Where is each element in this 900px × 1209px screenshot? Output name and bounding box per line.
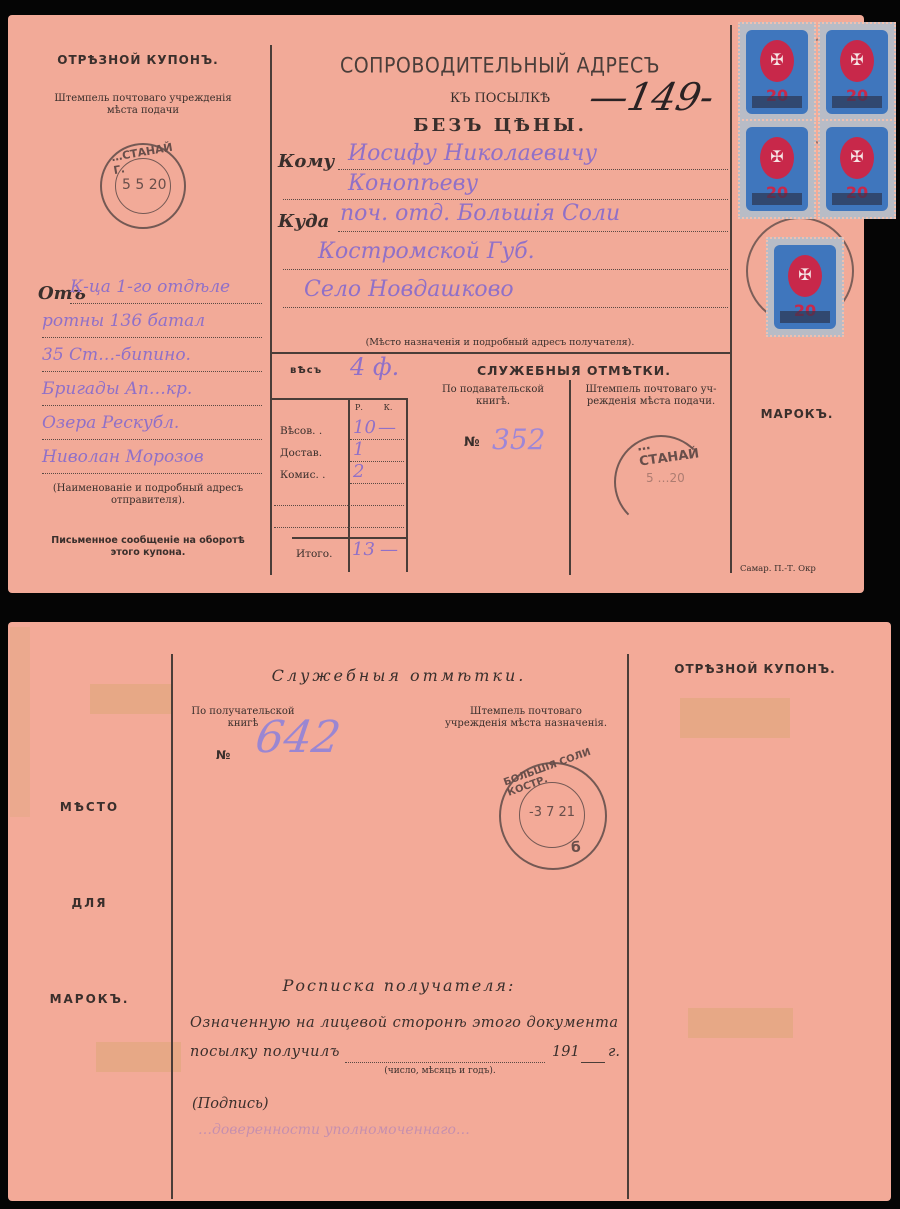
kopecks-header: К. <box>370 403 406 412</box>
where-label: Куда <box>278 211 329 232</box>
stamps-label: МАРОКЪ. <box>730 407 864 421</box>
book-number-label: № <box>464 435 480 450</box>
coupon-stamp-caption: Штемпель почтоваго учрежденія мѣста пода… <box>28 93 258 117</box>
recipient-name-line: Иосифу Николаевичу <box>348 141 597 166</box>
caption-line: Штемпель почтоваго <box>426 706 626 718</box>
cancellation-mark <box>832 96 882 108</box>
address-rule <box>42 405 262 406</box>
arrival-stamp-caption: Штемпель почтоваго учрежденія мѣста назн… <box>426 706 626 730</box>
address-rule <box>338 231 728 232</box>
recipient-name-line: Конопѣеву <box>348 171 478 196</box>
coupon-title: ОТРѢЗНОЙ КУПОНЪ. <box>8 53 268 67</box>
arrival-postmark: БОЛЬШІЯ СОЛИ КОСТР. -3 7 21 б <box>499 762 607 870</box>
sender-address-line: К-ца 1-го отдѣле <box>70 277 230 297</box>
postmark-town: …СТАНАЙ <box>636 430 708 469</box>
fees-col-divider <box>348 398 350 572</box>
parcel-card-front: ОТРѢЗНОЙ КУПОНЪ. Штемпель почтоваго учре… <box>8 15 864 593</box>
stamp-oval: ✠ <box>760 137 794 179</box>
sender-address-line: Бригады Ап…кр. <box>42 379 192 399</box>
right-divider <box>627 654 629 1199</box>
rubles-header: Р. <box>348 403 370 412</box>
service-marks-title: СЛУЖЕБНЫЯ ОТМѢТКИ. <box>418 363 730 378</box>
message-note: Письменное сообщеніе на оборотѣ этого ку… <box>28 535 268 559</box>
printer-imprint: Самар. П.-Т. Окр <box>740 564 816 574</box>
sender-address-line: Ниволан Морозов <box>42 447 204 467</box>
section-divider <box>270 352 730 354</box>
eagle-icon: ✠ <box>796 265 814 285</box>
book-caption: По подавательской книгѣ. <box>418 384 568 408</box>
fees-top-rule <box>272 398 406 400</box>
caption-line: отправителя). <box>28 495 268 507</box>
cancellation-mark <box>752 193 802 205</box>
postage-stamp: ✠20 <box>738 119 816 219</box>
note-line: Письменное сообщеніе на оборотѣ <box>28 535 268 547</box>
postage-stamp: ✠20 <box>738 22 816 122</box>
caption-line: По подавательской <box>418 384 568 396</box>
hinge-remnant <box>96 1042 181 1072</box>
sender-address-line: Озера Рескубл. <box>42 413 179 433</box>
stamp-place-word: МѢСТО <box>8 800 171 814</box>
postmark-date: 5 5 20 <box>122 177 167 193</box>
fee-label: Вѣсов. . <box>280 425 322 437</box>
eagle-icon: ✠ <box>848 147 866 167</box>
postage-stamp: ✠20 <box>818 119 896 219</box>
caption-line: мѣста подачи <box>28 105 258 117</box>
no-value-label: БЕЗЪ ЦѢНЫ. <box>270 115 730 136</box>
note-line: этого купона. <box>28 547 268 559</box>
signature-label: (Подпись) <box>192 1096 269 1112</box>
service-marks-title: Служебныя отмѣтки. <box>173 666 625 685</box>
eagle-icon: ✠ <box>848 50 866 70</box>
stamp-place-word: ДЛЯ <box>8 896 171 910</box>
address-rule <box>283 269 728 270</box>
address-rule <box>283 307 728 308</box>
name-rule <box>283 199 728 200</box>
coupon-postmark: …СТАНАЙ Г. 5 5 20 <box>100 143 186 229</box>
weight-value: 4 ф. <box>350 353 399 381</box>
book-number-value: 352 <box>492 423 545 456</box>
fee-label: Комис. . <box>280 469 326 481</box>
signature-faded: …доверенности уполномоченнаго… <box>198 1122 470 1138</box>
sender-address-line: 35 Ст…-бипино. <box>42 345 191 365</box>
to-label: Кому <box>278 151 334 172</box>
fee-rule <box>274 505 404 506</box>
total-kopecks: — <box>380 539 398 560</box>
fee-rule <box>350 483 404 484</box>
fee-rubles: 2 <box>353 461 364 482</box>
postage-stamp: ✠20 <box>766 237 844 337</box>
sender-address-line: ротны 136 батал <box>42 311 205 331</box>
stamp-oval: ✠ <box>788 255 822 297</box>
fee-rubles: 1 <box>353 439 364 460</box>
stamp-place-word: МАРОКЪ. <box>8 992 171 1006</box>
name-rule <box>338 169 728 170</box>
total-label: Итого. <box>296 548 332 560</box>
receipt-year-suffix: г. <box>608 1044 620 1060</box>
receipt-text: Означенную на лицевой сторонѣ этого доку… <box>190 1015 619 1031</box>
fee-label: Достав. <box>280 447 322 459</box>
parcel-number: —149- <box>585 75 718 119</box>
caption-line: режденія мѣста подачи. <box>571 396 731 408</box>
address-rule <box>42 473 262 474</box>
date-caption: (число, мѣсяцъ и годъ). <box>345 1066 535 1076</box>
caption-line: (Наименованіе и подробный адресъ <box>28 483 268 495</box>
postmark-date: 5 …20 <box>646 471 685 485</box>
receipt-text: посылку получилъ <box>190 1044 340 1060</box>
weight-label: вѢсъ <box>290 365 322 376</box>
total-rubles: 13 <box>352 539 375 560</box>
postage-stamp: ✠20 <box>818 22 896 122</box>
fee-rubles: 10 <box>353 417 376 438</box>
date-field[interactable] <box>345 1062 545 1063</box>
fee-kopecks: — <box>378 417 396 438</box>
sender-caption: (Наименованіе и подробный адресъ отправи… <box>28 483 268 507</box>
caption-line: Штемпель почтоваго уч- <box>571 384 731 396</box>
book-number-label: № <box>216 748 230 762</box>
recipient-caption: (Мѣсто назначенія и подробный адресъ пол… <box>270 337 730 348</box>
receipt-title: Росписка получателя: <box>173 976 625 995</box>
recipient-address-line: поч. отд. Большія Соли <box>340 201 620 226</box>
cancellation-mark <box>832 193 882 205</box>
stamps-divider <box>730 25 732 573</box>
hinge-remnant <box>680 698 790 738</box>
coupon-title: ОТРѢЗНОЙ КУПОНЪ. <box>630 662 880 676</box>
fee-rule <box>274 527 404 528</box>
fees-col-divider <box>406 398 408 572</box>
address-rule <box>70 303 262 304</box>
cancellation-mark <box>780 311 830 323</box>
caption-line: Штемпель почтоваго учрежденія <box>28 93 258 105</box>
service-col-divider <box>569 380 571 575</box>
dispatch-stamp-caption: Штемпель почтоваго уч- режденія мѣста по… <box>571 384 731 408</box>
postmark-date: -3 7 21 <box>529 805 575 820</box>
receipt-year: 191 <box>552 1044 580 1060</box>
stamp-oval: ✠ <box>840 137 874 179</box>
dispatch-postmark: …СТАНАЙ 5 …20 <box>614 435 708 529</box>
caption-line: учрежденія мѣста назначенія. <box>426 718 626 730</box>
postmark-letter: б <box>571 840 581 856</box>
hinge-remnant <box>688 1008 793 1038</box>
left-divider <box>171 654 173 1199</box>
year-field[interactable] <box>581 1062 605 1063</box>
recipient-address-line: Село Новдашково <box>304 277 514 302</box>
hinge-remnant <box>90 684 172 714</box>
parcel-card-back: МѢСТОДЛЯМАРОКЪ. Служебныя отмѣтки. По по… <box>8 622 891 1201</box>
stamp-oval: ✠ <box>840 40 874 82</box>
stamp-oval: ✠ <box>760 40 794 82</box>
recipient-address-line: Костромской Губ. <box>318 239 535 264</box>
address-rule <box>42 371 262 372</box>
address-rule <box>42 439 262 440</box>
book-number-value: 642 <box>252 712 343 763</box>
caption-line: книгѣ. <box>418 396 568 408</box>
eagle-icon: ✠ <box>768 50 786 70</box>
eagle-icon: ✠ <box>768 147 786 167</box>
cancellation-mark <box>752 96 802 108</box>
address-rule <box>42 337 262 338</box>
hinge-remnant <box>10 627 30 817</box>
